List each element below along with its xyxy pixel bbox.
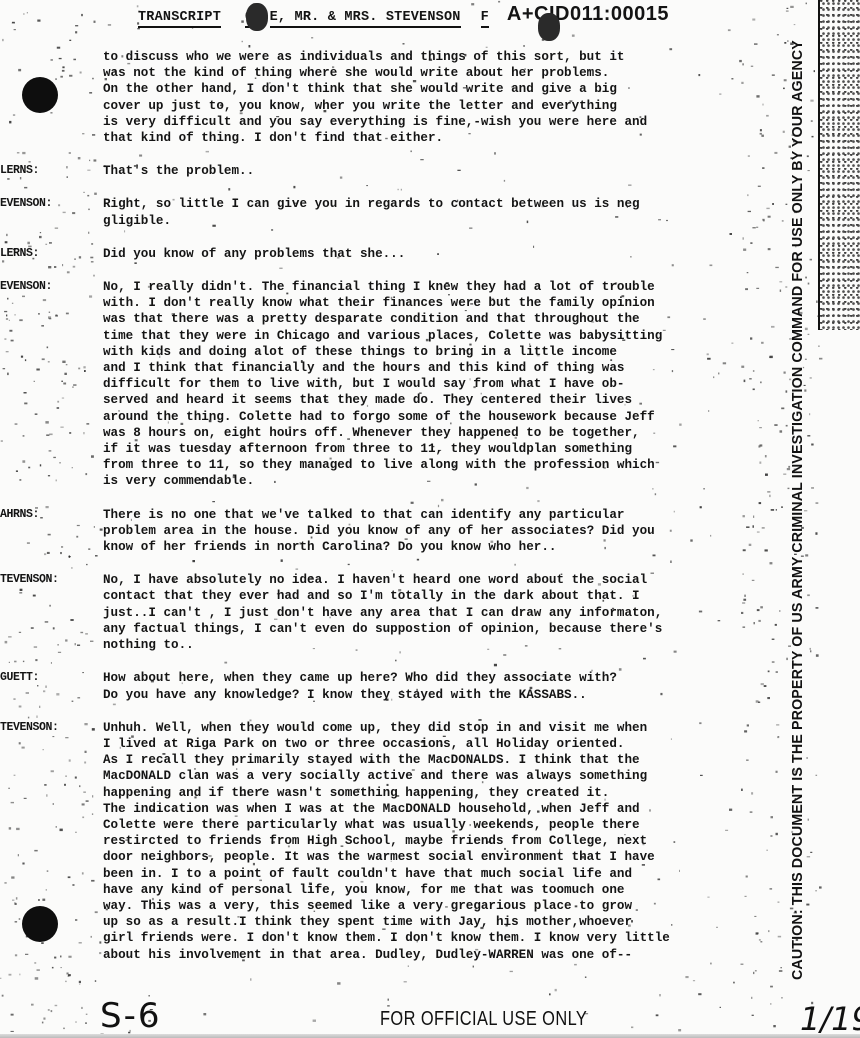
text-line: nothing to..	[103, 637, 790, 653]
speaker-label: LERNS:	[0, 163, 103, 179]
transcript-entry: GUETT:How about here, when they came up …	[0, 670, 790, 702]
document-header: TRANSCRIPT OF E, MR. & MRS. STEVENSON F …	[138, 3, 669, 27]
transcript-entry: TEVENSON:Unhuh. Well, when they would co…	[0, 720, 790, 963]
text-line: restircted to friends from High School, …	[103, 833, 790, 849]
transcript-entry: AHRNS:There is no one that we've talked …	[0, 507, 790, 556]
text-line: Right, so little I can give you in regar…	[103, 196, 790, 212]
page-marker: S-6	[100, 996, 161, 1036]
text-line: with kids and doing alot of these things…	[103, 344, 790, 360]
speech-text: Right, so little I can give you in regar…	[103, 196, 790, 228]
text-line: Colette were there particularly what was…	[103, 817, 790, 833]
text-line: been in. I to a point of fault couldn't …	[103, 866, 790, 882]
text-line: way. This was a very, this seemed like a…	[103, 898, 790, 914]
text-line: No, I have absolutely no idea. I haven't…	[103, 572, 790, 588]
text-line: just..I can't , I just don't have any ar…	[103, 605, 790, 621]
transcript-body: to discuss who we were as individuals an…	[0, 49, 790, 980]
text-line: and I think that financially and the hou…	[103, 360, 790, 376]
text-line: cover up just to, you know, wher you wri…	[103, 98, 790, 114]
text-line: happening and if there wasn't something …	[103, 785, 790, 801]
header-trailing: F	[481, 10, 489, 28]
text-line: There is no one that we've talked to tha…	[103, 507, 790, 523]
classification-label: FOR OFFICIAL USE ONLY	[380, 1008, 587, 1031]
document-id: A+CID011:00015	[507, 3, 669, 26]
speaker-label: LERNS:	[0, 246, 103, 262]
folio-number: 1/19	[800, 1000, 860, 1038]
text-line: problem area in the house. Did you know …	[103, 523, 790, 539]
text-line: that kind of thing. I don't find that ei…	[103, 130, 790, 146]
text-line: was not the kind of thing where she woul…	[103, 65, 790, 81]
text-line: door neighbors, people. It was the warme…	[103, 849, 790, 865]
speech-text: No, I really didn't. The financial thing…	[103, 279, 790, 490]
text-line: girl friends were. I don't know them. I …	[103, 930, 790, 946]
text-line: I lived at Riga Park on two or three occ…	[103, 736, 790, 752]
text-line: difficult for them to live with, but I w…	[103, 376, 790, 392]
text-line: was 8 hours on, eight hours off. Wheneve…	[103, 425, 790, 441]
text-line: have any kind of personal life, you know…	[103, 882, 790, 898]
speaker-label: AHRNS:	[0, 507, 103, 556]
speech-text: to discuss who we were as individuals an…	[103, 49, 790, 146]
text-line: with. I don't really know what their fin…	[103, 295, 790, 311]
speaker-label: TEVENSON:	[0, 572, 103, 653]
transcript-entry: EVENSON:No, I really didn't. The financi…	[0, 279, 790, 490]
text-line: around the thing. Colette had to forgo s…	[103, 409, 790, 425]
header-ink-blot	[538, 13, 560, 41]
text-line: from three to 11, so they managed to liv…	[103, 457, 790, 473]
transcript-entry: LERNS:That's the problem..	[0, 163, 790, 179]
speaker-label: EVENSON:	[0, 279, 103, 490]
text-line: Do you have any knowledge? I know they s…	[103, 687, 790, 703]
text-line: MacDONALD clan was a very socially activ…	[103, 768, 790, 784]
speaker-label: EVENSON:	[0, 196, 103, 228]
text-line: know of her friends in north Carolina? D…	[103, 539, 790, 555]
transcript-label: TRANSCRIPT	[138, 10, 221, 28]
text-line: Unhuh. Well, when they would come up, th…	[103, 720, 790, 736]
transcript-entry: to discuss who we were as individuals an…	[0, 49, 790, 146]
speech-text: No, I have absolutely no idea. I haven't…	[103, 572, 790, 653]
speech-text: Unhuh. Well, when they would come up, th…	[103, 720, 790, 963]
text-line: if it was tuesday afternoon from three t…	[103, 441, 790, 457]
text-line: about his involvement in that area. Dudl…	[103, 947, 790, 963]
text-line: was that there was a pretty desparate co…	[103, 311, 790, 327]
transcript-entry: TEVENSON:No, I have absolutely no idea. …	[0, 572, 790, 653]
speech-text: Did you know of any problems that she...	[103, 246, 790, 262]
speaker-label: GUETT:	[0, 670, 103, 702]
header-ink-blot	[246, 3, 268, 31]
caution-notice: CAUTION: THIS DOCUMENT IS THE PROPERTY O…	[790, 40, 806, 980]
text-line: How about here, when they came up here? …	[103, 670, 790, 686]
text-line: The indication was when I was at the Mac…	[103, 801, 790, 817]
document-page: TRANSCRIPT OF E, MR. & MRS. STEVENSON F …	[0, 0, 860, 1038]
speaker-label: TEVENSON:	[0, 720, 103, 963]
page-edge	[0, 1034, 860, 1038]
text-line: served and heard it seems that they made…	[103, 392, 790, 408]
margin-redaction	[820, 0, 860, 330]
text-line: any factual things, I can't even do supp…	[103, 621, 790, 637]
speech-text: That's the problem..	[103, 163, 790, 179]
text-line: is very commendable.	[103, 473, 790, 489]
text-line: On the other hand, I don't think that sh…	[103, 81, 790, 97]
text-line: gligible.	[103, 213, 790, 229]
text-line: Did you know of any problems that she...	[103, 246, 790, 262]
text-line: time that they were in Chicago and vario…	[103, 328, 790, 344]
interview-subject: E, MR. & MRS. STEVENSON	[270, 10, 461, 28]
text-line: to discuss who we were as individuals an…	[103, 49, 790, 65]
text-line: That's the problem..	[103, 163, 790, 179]
text-line: is very difficult and you say everything…	[103, 114, 790, 130]
transcript-entry: EVENSON:Right, so little I can give you …	[0, 196, 790, 228]
speech-text: There is no one that we've talked to tha…	[103, 507, 790, 556]
text-line: contact that they ever had and so I'm to…	[103, 588, 790, 604]
text-line: up so as a result.I think they spent tim…	[103, 914, 790, 930]
speech-text: How about here, when they came up here? …	[103, 670, 790, 702]
text-line: No, I really didn't. The financial thing…	[103, 279, 790, 295]
transcript-entry: LERNS:Did you know of any problems that …	[0, 246, 790, 262]
text-line: As I recall they primarily stayed with t…	[103, 752, 790, 768]
